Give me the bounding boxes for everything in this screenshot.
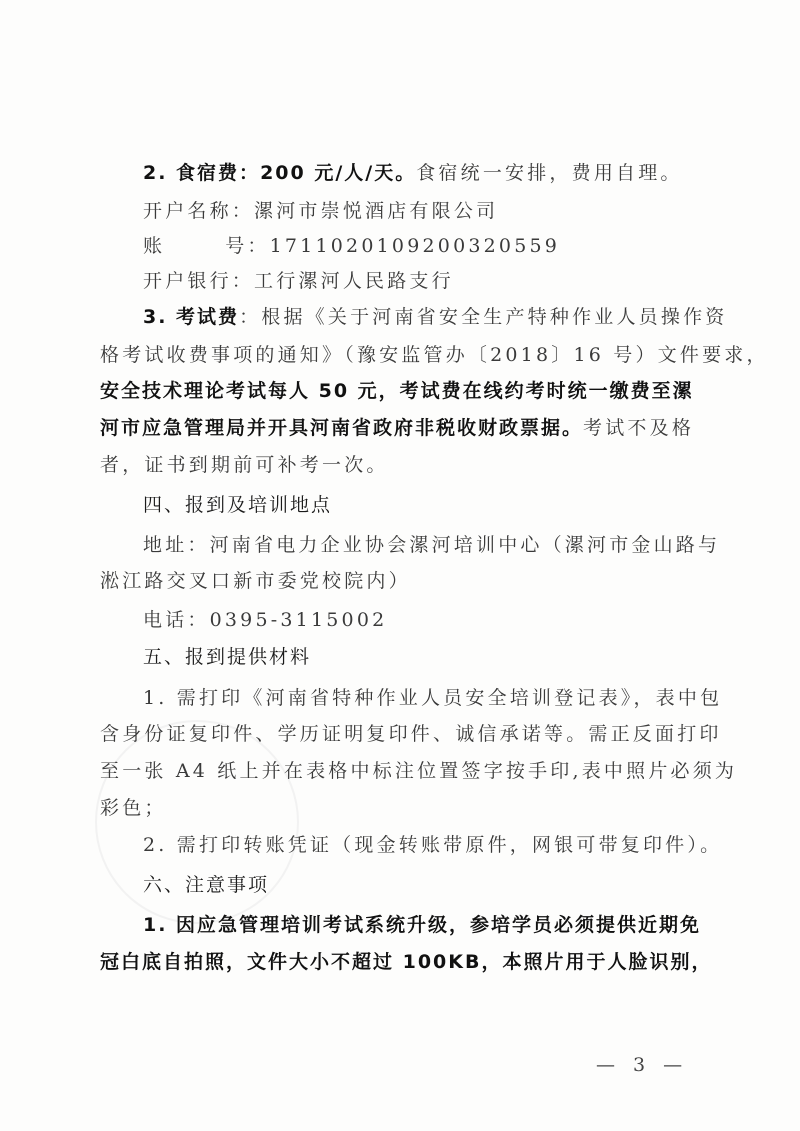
exam-fee-label: 3. 考试费 <box>143 306 239 328</box>
bank-line: 开户银行：工行漯河人民路支行 <box>143 268 743 294</box>
notes-heading: 六、注意事项 <box>143 872 743 898</box>
exam-fee-line-4: 河市应急管理局并开具河南省政府非税收财政票据。考试不及格 <box>100 415 700 441</box>
phone-line: 电话：0395-3115002 <box>143 607 743 633</box>
materials-heading: 五、报到提供材料 <box>143 644 743 670</box>
bank-label: 开户银行： <box>143 270 254 292</box>
exam-fee-line-2: 格考试收费事项的通知》（豫安监管办〔2018〕16 号）文件要求， <box>100 342 700 368</box>
lodging-fee-price: 200 元/人/天。 <box>260 162 416 184</box>
exam-fee-bold-text: 河市应急管理局并开具河南省政府非税收财政票据。 <box>100 417 583 439</box>
exam-fee-line-1: 3. 考试费：根据《关于河南省安全生产特种作业人员操作资 <box>143 304 743 330</box>
account-number-label-a: 账 <box>143 235 165 257</box>
account-name-value: 漯河市崇悦酒店有限公司 <box>254 200 498 222</box>
exam-fee-line-5: 者，证书到期前可补考一次。 <box>100 452 700 478</box>
lodging-fee-label: 2. 食宿费： <box>143 162 260 184</box>
account-number-line: 账号：1711020109200320559 <box>143 233 743 259</box>
materials-item1-line-4: 彩色； <box>100 795 700 821</box>
materials-item2: 2. 需打印转账凭证（现金转账带原件，网银可带复印件）。 <box>143 832 743 858</box>
exam-fee-text-1: ：根据《关于河南省安全生产特种作业人员操作资 <box>239 306 727 328</box>
account-number-label-b: 号： <box>225 235 269 257</box>
exam-fee-line-3: 安全技术理论考试每人 50 元，考试费在线约考时统一缴费至漯 <box>100 378 700 404</box>
address-line-1: 地址：河南省电力企业协会漯河培训中心（漯河市金山路与 <box>143 532 743 558</box>
bank-value: 工行漯河人民路支行 <box>254 270 454 292</box>
materials-item1-line-1: 1. 需打印《河南省特种作业人员安全培训登记表》，表中包 <box>143 685 743 711</box>
account-name-label: 开户名称： <box>143 200 254 222</box>
address-line-2: 淞江路交叉口新市委党校院内） <box>100 568 700 594</box>
exam-fee-text-4: 考试不及格 <box>583 417 694 439</box>
notes-item1-line-1: 1. 因应急管理培训考试系统升级，参培学员必须提供近期免 <box>143 912 743 938</box>
materials-item1-line-2: 含身份证复印件、学历证明复印件、诚信承诺等。需正反面打印 <box>100 721 700 747</box>
page-number: — 3 — <box>596 1054 688 1076</box>
location-heading: 四、报到及培训地点 <box>143 492 743 518</box>
account-number-value: 1711020109200320559 <box>270 235 560 257</box>
materials-item1-line-3: 至一张 A4 纸上并在表格中标注位置签字按手印,表中照片必须为 <box>100 758 700 784</box>
lodging-fee-note: 食宿统一安排，费用自理。 <box>416 162 682 184</box>
document-page: 2. 食宿费：200 元/人/天。食宿统一安排，费用自理。 开户名称：漯河市崇悦… <box>0 0 800 1131</box>
notes-item1-line-2: 冠白底自拍照，文件大小不超过 100KB，本照片用于人脸识别， <box>100 949 700 975</box>
lodging-fee-line: 2. 食宿费：200 元/人/天。食宿统一安排，费用自理。 <box>143 160 743 186</box>
account-name-line: 开户名称：漯河市崇悦酒店有限公司 <box>143 198 743 224</box>
